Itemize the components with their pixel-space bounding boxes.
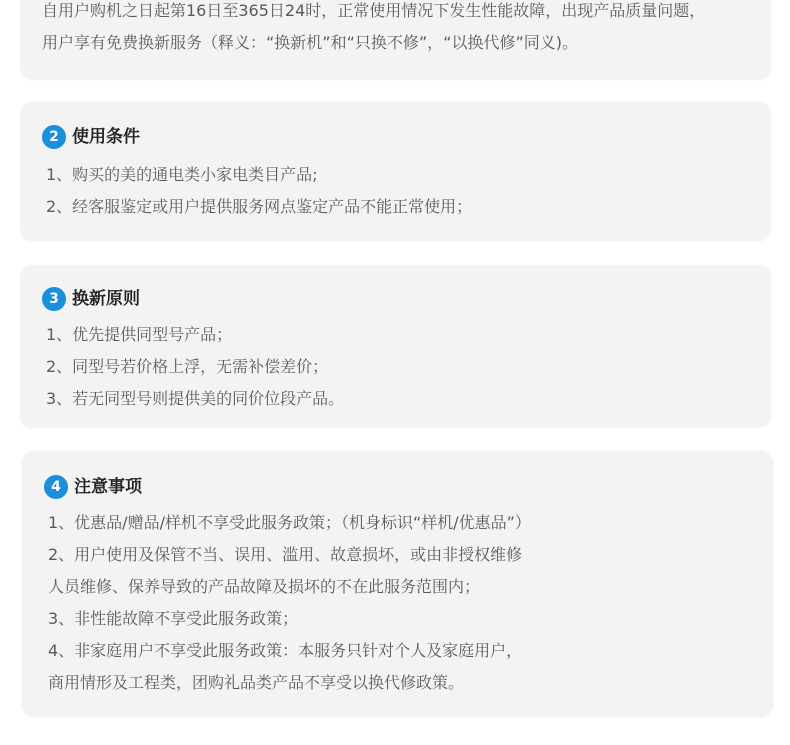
- body-line: 1、优惠品/赠品/样机不享受此服务政策；（机身标识“样机/优惠品”）: [48, 513, 531, 533]
- body-line: 1、优先提供同型号产品；: [46, 325, 232, 345]
- section-heading: 4 注意事项: [44, 474, 142, 500]
- section-card-notes: 4 注意事项 1、优惠品/赠品/样机不享受此服务政策；（机身标识“样机/优惠品”…: [22, 451, 773, 717]
- body-line: 1、购买的美的通电类小家电类目产品;: [46, 165, 318, 185]
- number-badge-icon: 2: [42, 125, 66, 149]
- body-line: 2、用户使用及保管不当、误用、滥用、故意损坏，或由非授权维修: [48, 545, 522, 565]
- section-card-replacement-principles: 3 换新原则 1、优先提供同型号产品； 2、同型号若价格上浮，无需补偿差价； 3…: [20, 265, 771, 428]
- number-badge-icon: 3: [42, 287, 66, 311]
- number-badge-icon: 4: [44, 475, 68, 499]
- body-line: 商用情形及工程类，团购礼品类产品不享受以换代修政策。: [48, 673, 464, 693]
- body-line: 用户享有免费换新服务（释义：“换新机”和“只换不修”，“以换代修”同义)。: [42, 33, 578, 53]
- body-line: 4、非家庭用户不享受此服务政策：本服务只针对个人及家庭用户，: [48, 641, 522, 661]
- body-line: 3、非性能故障不享受此服务政策；: [48, 609, 298, 629]
- section-title: 换新原则: [72, 287, 140, 311]
- body-line: 3、若无同型号则提供美的同价位段产品。: [46, 389, 344, 409]
- body-line: 2、经客服鉴定或用户提供服务网点鉴定产品不能正常使用；: [46, 197, 472, 217]
- section-title: 使用条件: [72, 125, 140, 149]
- body-line: 自用户购机之日起第16日至365日24时，正常使用情况下发生性能故障，出现产品质…: [42, 1, 705, 21]
- body-line: 2、同型号若价格上浮，无需补偿差价；: [46, 357, 328, 377]
- section-title: 注意事项: [74, 475, 142, 499]
- section-card-service-definition: 自用户购机之日起第16日至365日24时，正常使用情况下发生性能故障，出现产品质…: [20, 0, 771, 80]
- section-card-usage-conditions: 2 使用条件 1、购买的美的通电类小家电类目产品; 2、经客服鉴定或用户提供服务…: [20, 102, 771, 241]
- section-heading: 3 换新原则: [42, 286, 140, 312]
- section-heading: 2 使用条件: [42, 124, 140, 150]
- body-line: 人员维修、保养导致的产品故障及损坏的不在此服务范围内；: [48, 577, 480, 597]
